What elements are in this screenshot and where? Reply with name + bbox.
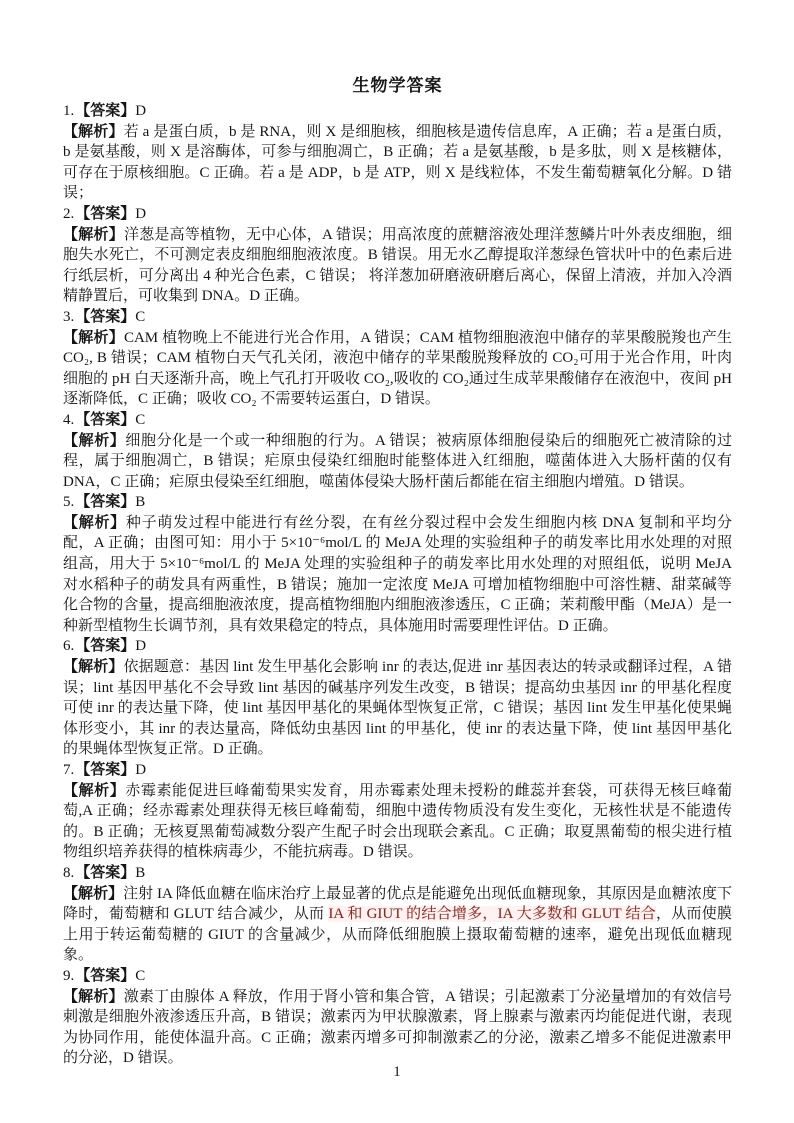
analysis-paragraph: 【解析】若 a 是蛋白质，b 是 RNA，则 X 是细胞核，细胞核是遗传信息库，… <box>63 122 732 204</box>
answer-item-4: 4.【答案】C 【解析】细胞分化是一个或一种细胞的行为。A 错误；被病原体细胞侵… <box>63 410 732 492</box>
analysis-paragraph: 【解析】种子萌发过程中能进行有丝分裂，在有丝分裂过程中会发生细胞内核 DNA 复… <box>63 513 732 637</box>
page-number: 1 <box>0 1062 794 1083</box>
answer-value: D <box>135 206 146 222</box>
page-title: 生物学答案 <box>63 74 732 98</box>
answer-value: C <box>135 412 145 428</box>
item-number: 8. <box>63 865 74 881</box>
item-number: 5. <box>63 494 74 510</box>
answer-item-8: 8.【答案】B 【解析】注射 IA 降低血糖在临床治疗上最显著的优点是能避免出现… <box>63 863 732 966</box>
answer-line: 6.【答案】D <box>63 636 732 657</box>
item-number: 9. <box>63 968 74 984</box>
analysis-paragraph: 【解析】细胞分化是一个或一种细胞的行为。A 错误；被病原体细胞侵染后的细胞死亡被… <box>63 431 732 493</box>
document-page: 生物学答案 1.【答案】D 【解析】若 a 是蛋白质，b 是 RNA，则 X 是… <box>0 0 794 1123</box>
analysis-paragraph: 【解析】激素丁由腺体 A 释放，作用于肾小管和集合管，A 错误；引起激素丁分泌量… <box>63 987 732 1069</box>
answer-item-7: 7.【答案】D 【解析】赤霉素能促进巨峰葡萄果实发育，用赤霉素处理未授粉的雌蕊并… <box>63 760 732 863</box>
answer-item-6: 6.【答案】D 【解析】依据题意：基因 lint 发生甲基化会影响 inr 的表… <box>63 636 732 760</box>
answer-label: 【答案】 <box>75 762 135 778</box>
analysis-paragraph: 【解析】注射 IA 降低血糖在临床治疗上最显著的优点是能避免出现低血糖现象，其原… <box>63 884 732 966</box>
answer-label: 【答案】 <box>75 412 135 428</box>
analysis-label: 【解析】 <box>63 124 124 140</box>
item-number: 2. <box>63 206 74 222</box>
analysis-label: 【解析】 <box>63 227 124 243</box>
answer-value: B <box>135 865 145 881</box>
answer-item-5: 5.【答案】B 【解析】种子萌发过程中能进行有丝分裂，在有丝分裂过程中会发生细胞… <box>63 492 732 636</box>
analysis-text: 洋葱是高等植物，无中心体，A 错误；用高浓度的蔗糖溶液处理洋葱鳞片叶外表皮细胞，… <box>63 227 732 305</box>
item-number: 7. <box>63 762 74 778</box>
watermark-overlapped-text: IA 和 GIUT 的结合增多，IA 大多数和 GLUT 结合 <box>328 906 656 922</box>
analysis-paragraph: 【解析】洋葱是高等植物，无中心体，A 错误；用高浓度的蔗糖溶液处理洋葱鳞片叶外表… <box>63 225 732 307</box>
answer-label: 【答案】 <box>75 494 135 510</box>
analysis-label: 【解析】 <box>63 886 123 902</box>
analysis-text: CAM 植物晚上不能进行光合作用，A 错误；CAM 植物细胞液泡中储存的苹果酸脱… <box>63 330 732 408</box>
answer-line: 5.【答案】B <box>63 492 732 513</box>
answer-line: 8.【答案】B <box>63 863 732 884</box>
answer-line: 7.【答案】D <box>63 760 732 781</box>
analysis-label: 【解析】 <box>63 330 124 346</box>
answer-item-2: 2.【答案】D 【解析】洋葱是高等植物，无中心体，A 错误；用高浓度的蔗糖溶液处… <box>63 204 732 307</box>
item-number: 3. <box>63 309 74 325</box>
answer-value: C <box>135 309 145 325</box>
analysis-paragraph: 【解析】依据题意：基因 lint 发生甲基化会影响 inr 的表达,促进 inr… <box>63 657 732 760</box>
answer-value: D <box>135 103 146 119</box>
answer-label: 【答案】 <box>75 103 135 119</box>
answer-line: 2.【答案】D <box>63 204 732 225</box>
answer-value: D <box>135 638 146 654</box>
item-number: 6. <box>63 638 74 654</box>
answer-label: 【答案】 <box>75 309 135 325</box>
answer-line: 9.【答案】C <box>63 966 732 987</box>
answer-value: D <box>135 762 146 778</box>
analysis-label: 【解析】 <box>63 515 126 531</box>
answer-label: 【答案】 <box>75 206 135 222</box>
answer-label: 【答案】 <box>75 638 135 654</box>
analysis-text: 若 a 是蛋白质，b 是 RNA，则 X 是细胞核，细胞核是遗传信息库，A 正确… <box>63 124 732 202</box>
analysis-label: 【解析】 <box>63 989 124 1005</box>
analysis-label: 【解析】 <box>63 783 125 799</box>
answer-label: 【答案】 <box>75 865 135 881</box>
analysis-text: 细胞分化是一个或一种细胞的行为。A 错误；被病原体细胞侵染后的细胞死亡被清除的过… <box>63 433 732 490</box>
answer-line: 1.【答案】D <box>63 101 732 122</box>
analysis-text: 赤霉素能促进巨峰葡萄果实发育，用赤霉素处理未授粉的雌蕊并套袋，可获得无核巨峰葡萄… <box>63 783 732 861</box>
analysis-text: 种子萌发过程中能进行有丝分裂，在有丝分裂过程中会发生细胞内核 DNA 复制和平均… <box>63 515 732 634</box>
answer-value: B <box>135 494 145 510</box>
analysis-paragraph: 【解析】赤霉素能促进巨峰葡萄果实发育，用赤霉素处理未授粉的雌蕊并套袋，可获得无核… <box>63 781 732 863</box>
item-number: 1. <box>63 103 74 119</box>
analysis-text: 依据题意：基因 lint 发生甲基化会影响 inr 的表达,促进 inr 基因表… <box>63 659 732 757</box>
answer-item-1: 1.【答案】D 【解析】若 a 是蛋白质，b 是 RNA，则 X 是细胞核，细胞… <box>63 101 732 204</box>
analysis-text: 激素丁由腺体 A 释放，作用于肾小管和集合管，A 错误；引起激素丁分泌量增加的有… <box>63 989 732 1067</box>
answer-line: 4.【答案】C <box>63 410 732 431</box>
answer-value: C <box>135 968 145 984</box>
answer-label: 【答案】 <box>75 968 135 984</box>
analysis-paragraph: 【解析】CAM 植物晚上不能进行光合作用，A 错误；CAM 植物细胞液泡中储存的… <box>63 328 732 410</box>
analysis-label: 【解析】 <box>63 433 125 449</box>
answer-line: 3.【答案】C <box>63 307 732 328</box>
item-number: 4. <box>63 412 74 428</box>
analysis-label: 【解析】 <box>63 659 124 675</box>
answer-item-9: 9.【答案】C 【解析】激素丁由腺体 A 释放，作用于肾小管和集合管，A 错误；… <box>63 966 732 1069</box>
answer-item-3: 3.【答案】C 【解析】CAM 植物晚上不能进行光合作用，A 错误；CAM 植物… <box>63 307 732 410</box>
